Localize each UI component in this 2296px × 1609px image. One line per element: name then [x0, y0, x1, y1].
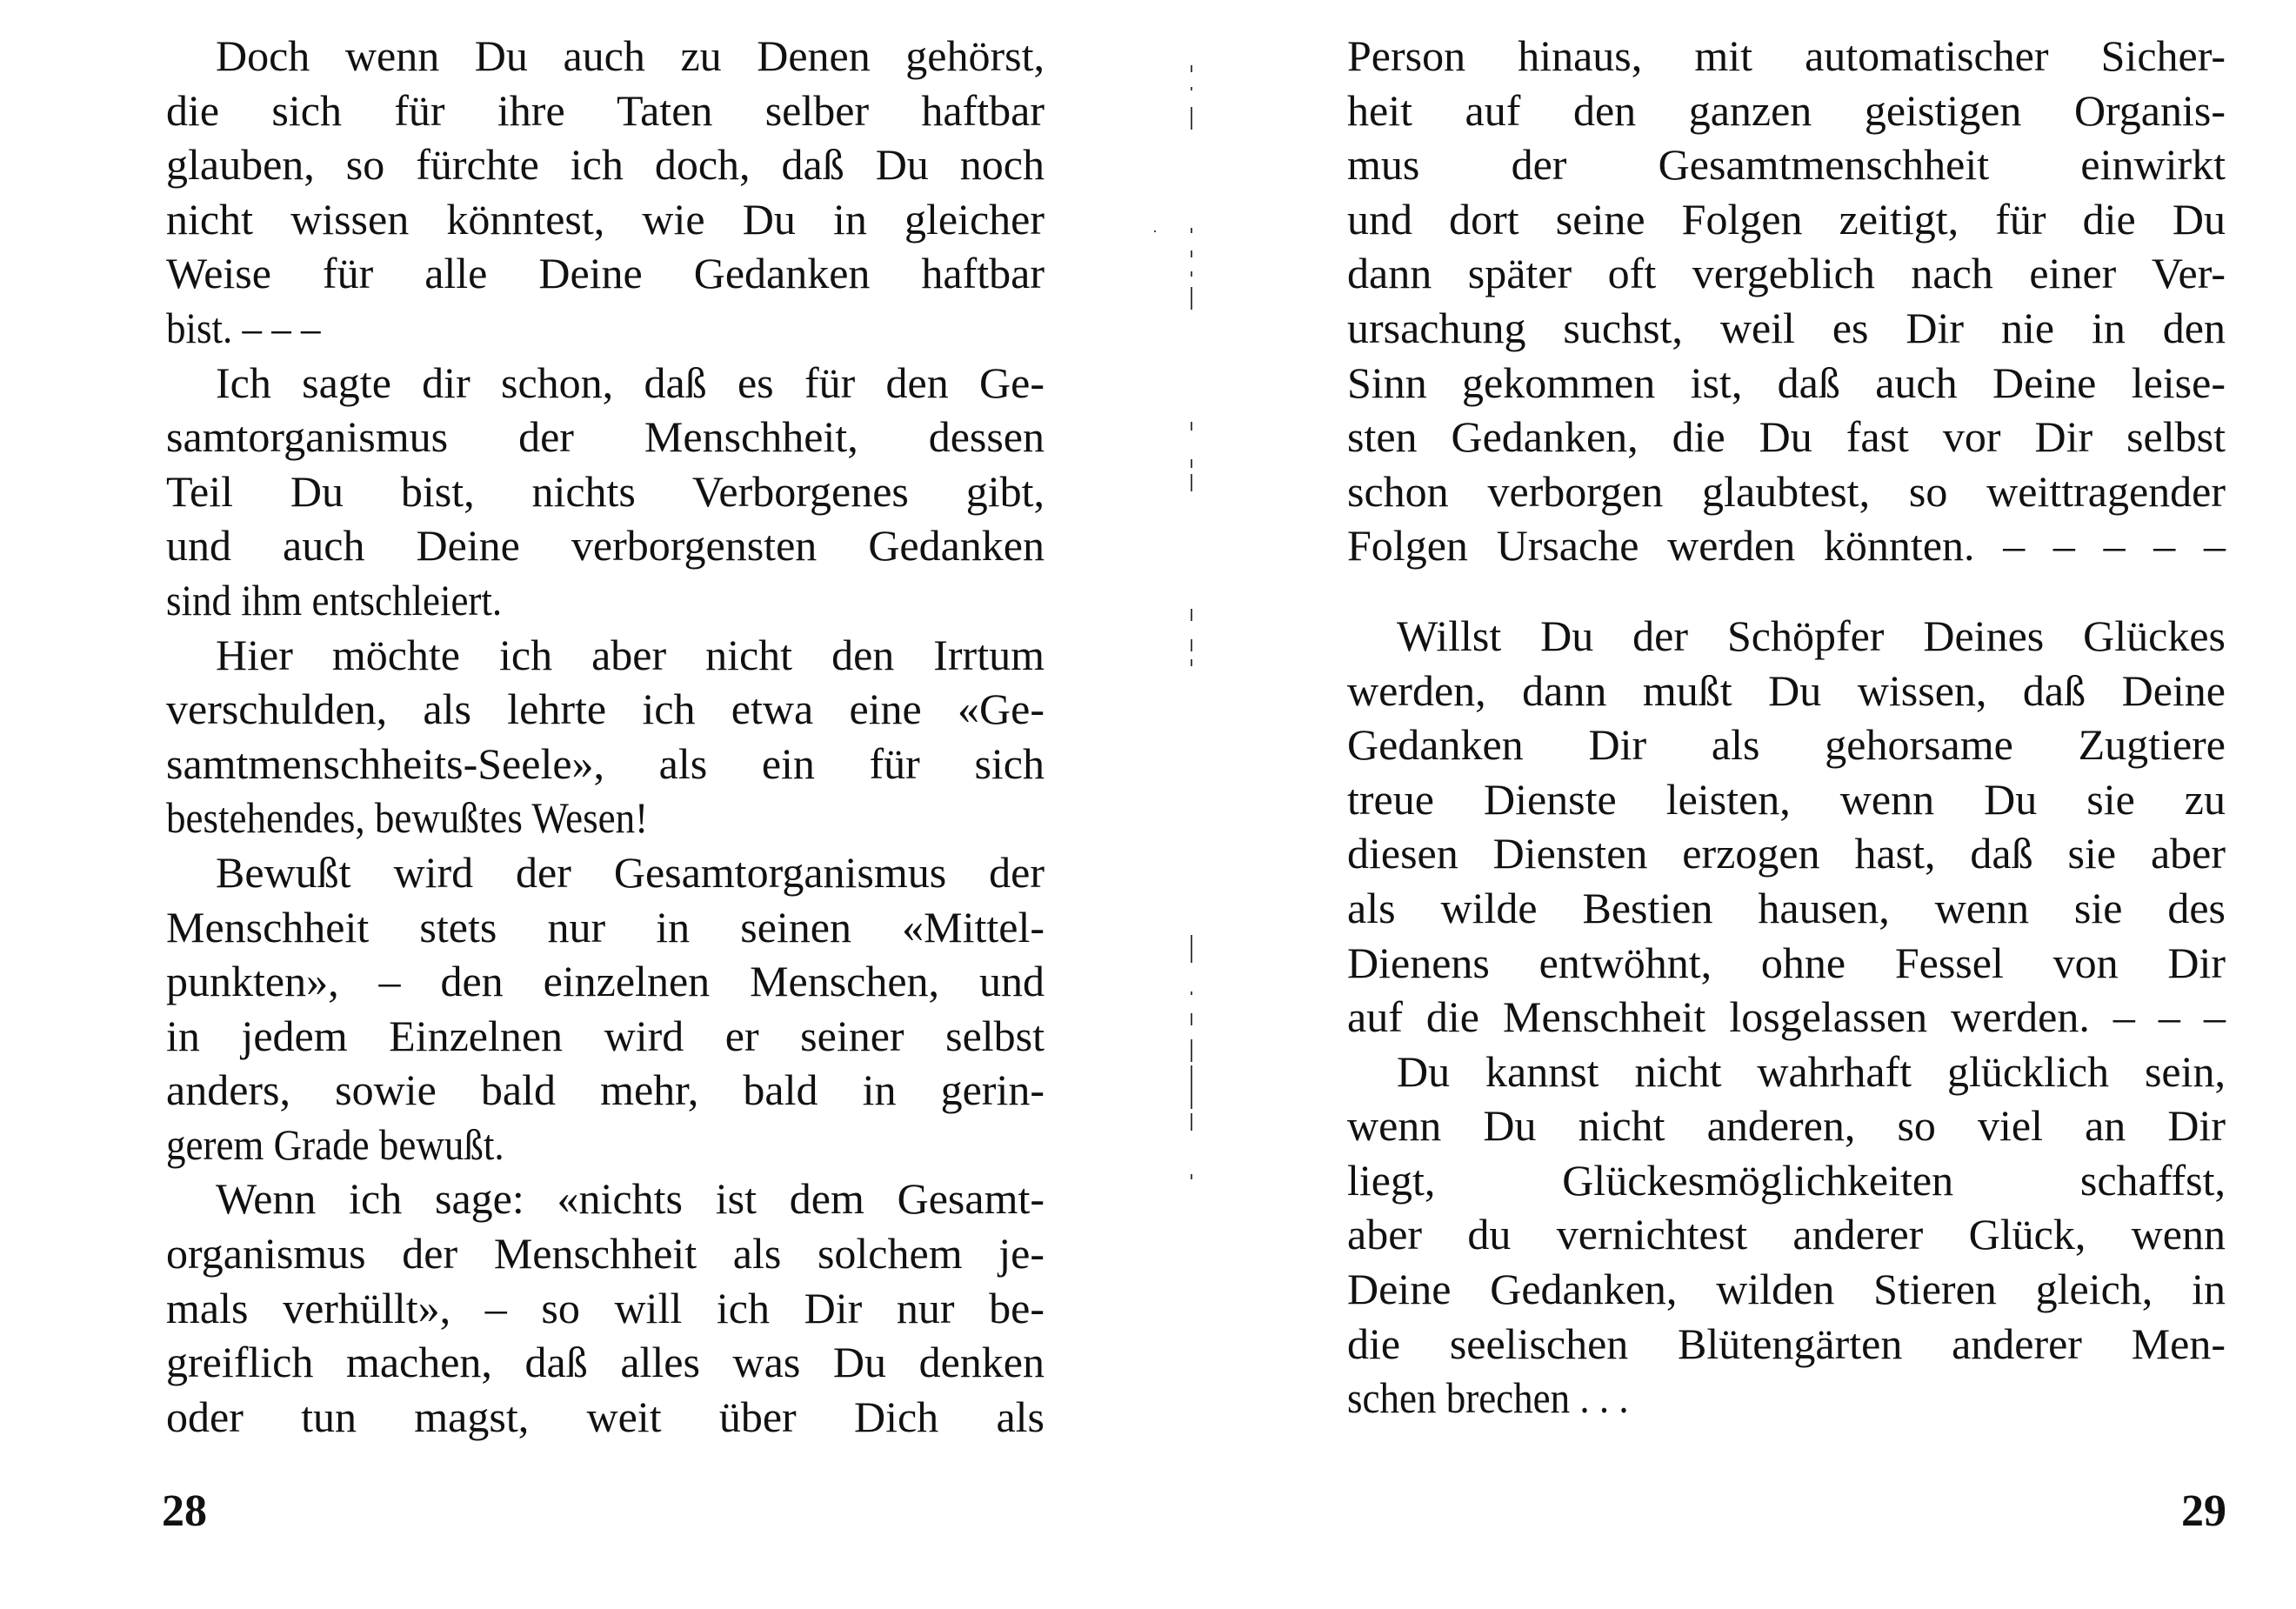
text-line: gerem Grade bewußt. [166, 1118, 1045, 1172]
paragraph-gap [1347, 573, 2226, 609]
text-line: Gedanken Dir als gehorsame Zugtiere [1347, 718, 2226, 772]
text-line: anders, sowie bald mehr, bald in gerin- [166, 1063, 1045, 1118]
text-line: Doch wenn Du auch zu Denen gehörst, [166, 29, 1045, 83]
text-line: sten Gedanken, die Du fast vor Dir selbs… [1347, 410, 2226, 464]
text-line: Menschheit stets nur in seinen «Mittel- [166, 900, 1045, 955]
text-line: oder tun magst, weit über Dich als [166, 1390, 1045, 1445]
text-line: Wenn ich sage: «nichts ist dem Gesamt- [166, 1172, 1045, 1226]
text-line: die sich für ihre Taten selber haftbar [166, 83, 1045, 138]
text-line: ursachung suchst, weil es Dir nie in den [1347, 301, 2226, 356]
text-line: diesen Diensten erzogen hast, daß sie ab… [1347, 826, 2226, 881]
text-line: und auch Deine verborgensten Gedanken [166, 518, 1045, 573]
text-line: Teil Du bist, nichts Verborgenes gibt, [166, 464, 1045, 519]
right-page-text: Person hinaus, mit automatischer Sicher-… [1347, 29, 2226, 1425]
text-line: auf die Menschheit losgelassen werden. –… [1347, 990, 2226, 1045]
text-line: punkten», – den einzelnen Menschen, und [166, 954, 1045, 1009]
text-line: nicht wissen könntest, wie Du in gleiche… [166, 192, 1045, 247]
text-line: bestehendes, bewußtes Wesen! [166, 791, 1045, 845]
text-line: organismus der Menschheit als solchem je… [166, 1226, 1045, 1281]
page-number-left: 28 [162, 1485, 207, 1538]
left-page-text: Doch wenn Du auch zu Denen gehörst,die s… [166, 29, 1045, 1444]
text-line: sind ihm entschleiert. [166, 573, 1045, 628]
text-line: Dienens entwöhnt, ohne Fessel von Dir [1347, 936, 2226, 991]
text-line: treue Dienste leisten, wenn Du sie zu [1347, 772, 2226, 827]
page-number-right: 29 [2181, 1485, 2226, 1538]
text-line: Willst Du der Schöpfer Deines Glückes [1347, 609, 2226, 664]
text-line: Du kannst nicht wahrhaft glücklich sein, [1347, 1045, 2226, 1099]
text-line: verschulden, als lehrte ich etwa eine «G… [166, 682, 1045, 737]
text-line: liegt, Glückesmöglichkeiten schaffst, [1347, 1153, 2226, 1208]
text-line: werden, dann mußt Du wissen, daß Deine [1347, 664, 2226, 718]
text-line: und dort seine Folgen zeitigt, für die D… [1347, 192, 2226, 247]
text-line: dann später oft vergeblich nach einer Ve… [1347, 246, 2226, 301]
text-line: Deine Gedanken, wilden Stieren gleich, i… [1347, 1262, 2226, 1317]
text-line: schen brechen . . . [1347, 1371, 2226, 1425]
right-page: Person hinaus, mit automatischer Sicher-… [1148, 0, 2296, 1609]
text-line: Sinn gekommen ist, daß auch Deine leise- [1347, 356, 2226, 411]
text-line: mals verhüllt», – so will ich Dir nur be… [166, 1281, 1045, 1336]
text-line: Ich sagte dir schon, daß es für den Ge- [166, 356, 1045, 411]
text-line: greiflich machen, daß alles was Du denke… [166, 1335, 1045, 1390]
left-page: Doch wenn Du auch zu Denen gehörst,die s… [0, 0, 1148, 1609]
text-line: als wilde Bestien hausen, wenn sie des [1347, 881, 2226, 936]
text-line: samtorganismus der Menschheit, dessen [166, 410, 1045, 464]
text-line: in jedem Einzelnen wird er seiner selbst [166, 1009, 1045, 1064]
text-line: Weise für alle Deine Gedanken haftbar [166, 246, 1045, 301]
text-line: wenn Du nicht anderen, so viel an Dir [1347, 1098, 2226, 1153]
text-line: bist. – – – [166, 301, 1045, 356]
text-line: aber du vernichtest anderer Glück, wenn [1347, 1207, 2226, 1262]
book-spread: Doch wenn Du auch zu Denen gehörst,die s… [0, 0, 2296, 1609]
text-line: samtmenschheits-Seele», als ein für sich [166, 737, 1045, 791]
text-line: die seelischen Blütengärten anderer Men- [1347, 1317, 2226, 1372]
text-line: schon verborgen glaubtest, so weittragen… [1347, 464, 2226, 519]
text-line: Person hinaus, mit automatischer Sicher- [1347, 29, 2226, 83]
text-line: glauben, so fürchte ich doch, daß Du noc… [166, 137, 1045, 192]
text-line: mus der Gesamtmenschheit einwirkt [1347, 137, 2226, 192]
text-line: Folgen Ursache werden könnten. – – – – – [1347, 518, 2226, 573]
text-line: Hier möchte ich aber nicht den Irrtum [166, 628, 1045, 683]
text-line: Bewußt wird der Gesamtorganismus der [166, 845, 1045, 900]
text-line: heit auf den ganzen geistigen Organis- [1347, 83, 2226, 138]
